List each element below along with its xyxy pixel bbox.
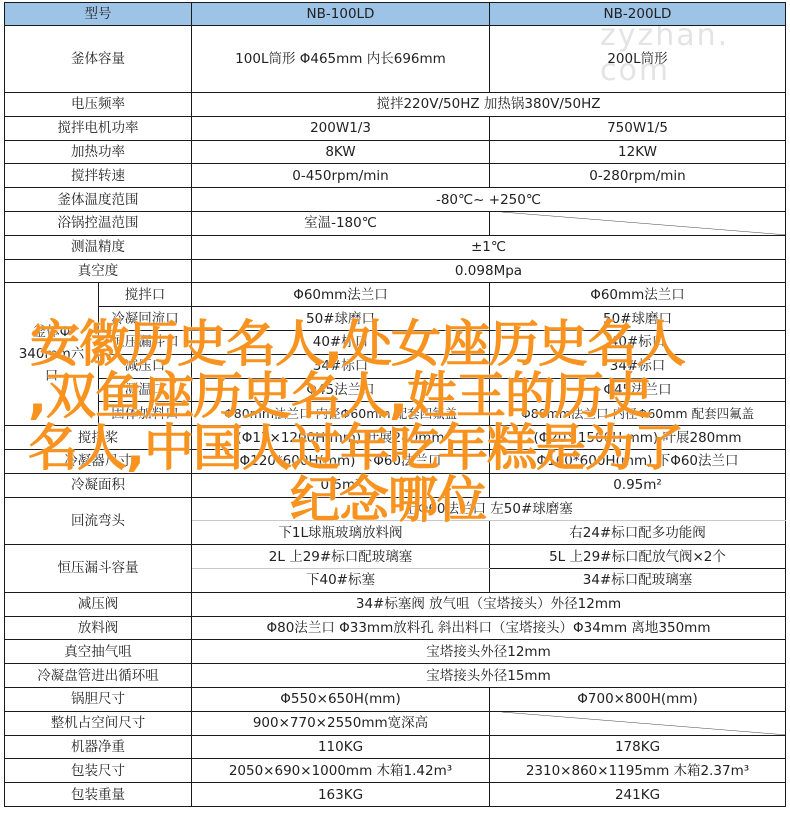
cell-a: 40#标口 [192, 330, 490, 354]
cell-both: 0.098Mpa [192, 259, 786, 283]
table-row: 整机占空间尺寸 900×770×2550mm宽深高 [5, 711, 786, 735]
diagonal-line-icon [490, 212, 785, 235]
cell-a: 900×770×2550mm宽深高 [192, 711, 490, 735]
cell-b: Φ45法兰口 [490, 378, 786, 402]
row-label: 恒压漏斗容量 [5, 545, 192, 593]
table-row: 真空抽气咀 宝塔接头外径12mm [5, 640, 786, 664]
table-row: 浴锅控温范围 室温-180℃ [5, 211, 786, 235]
table-row: 恒压漏斗容量 2L 上29#标口配玻璃塞 5L 上29#标口配放气阀×2个 [5, 545, 786, 569]
cell-a: 0-450rpm/min [192, 164, 490, 188]
port-label: 冷凝回流口 [99, 307, 192, 331]
table-row: 冷凝回流口 50#球磨口 50#球磨口 [5, 307, 786, 331]
row-label: 冷凝面积 [5, 473, 192, 497]
cell-both: 宝塔接头外径15mm [192, 664, 786, 688]
table-row: 减压阀 34#标塞阀 放气咀（宝塔接头）外径12mm [5, 592, 786, 616]
diagonal-empty-cell [490, 211, 786, 235]
cell-b: 34#标口配玻璃塞 [490, 568, 786, 592]
table-row: 加热功率 8KW 12KW [5, 140, 786, 164]
row-label: 机器净重 [5, 735, 192, 759]
cell-a: 34#标口 [192, 354, 490, 378]
diagonal-empty-cell [490, 711, 786, 735]
row-label: 浴锅控温范围 [5, 211, 192, 235]
cell-b: 12KW [490, 140, 786, 164]
table-row: 搅拌桨 (Φ17×1200H mm) 叶展240mm (Φ20×1500H mm… [5, 426, 786, 450]
cell-a: 2050×690×1000mm 木箱1.42m³ [192, 759, 490, 783]
table-row: 搅拌电机功率 200W1/3 750W1/5 [5, 116, 786, 140]
cell-a: 下1L球瓶玻璃放料阀 [192, 521, 490, 545]
port-label: 固体加料口 [99, 402, 192, 426]
table-row: 机器净重 110KG 178KG [5, 735, 786, 759]
cell-both: 搅拌220V/50HZ 加热锅380V/50HZ [192, 93, 786, 117]
table-row: 放料阀 Φ80法兰口 Φ33mm放料孔 斜出料口（宝塔接头）Φ34mm 离地35… [5, 616, 786, 640]
row-label: 搅拌转速 [5, 164, 192, 188]
row-label: 釜体容量 [5, 26, 192, 93]
cell-b: 0.95m² [490, 473, 786, 497]
cell-a: 0.5m² [192, 473, 490, 497]
cell-a: 200W1/3 [192, 116, 490, 140]
row-label: 电压频率 [5, 93, 192, 117]
cell-b: 5L 上29#标口配放气阀×2个 [490, 545, 786, 569]
row-label: 测温精度 [5, 235, 192, 259]
cell-a: Φ60mm法兰口 [192, 283, 490, 307]
group-label-line: 釜体Φ [7, 321, 96, 343]
table-row: 冷凝器尺寸 Φ120*600H(mm) 下Φ60法兰口 Φ160*600H(mm… [5, 449, 786, 473]
cell-a: 室温-180℃ [192, 211, 490, 235]
cell-b: 50#球磨口 [490, 307, 786, 331]
table-header-row: 型号 NB-100LD NB-200LD [5, 3, 786, 26]
row-label: 放料阀 [5, 616, 192, 640]
header-label: 型号 [5, 3, 192, 26]
table-row: 搅拌转速 0-450rpm/min 0-280rpm/min [5, 164, 786, 188]
row-label: 加热功率 [5, 140, 192, 164]
table-row: 冷凝面积 0.5m² 0.95m² [5, 473, 786, 497]
cell-a: Φ550×650H(mm) [192, 687, 490, 711]
port-label: 测温口 [99, 378, 192, 402]
row-label: 搅拌电机功率 [5, 116, 192, 140]
cell-both: ±1℃ [192, 235, 786, 259]
cell-b: 750W1/5 [490, 116, 786, 140]
table-row: 包装尺寸 2050×690×1000mm 木箱1.42m³ 2310×860×1… [5, 759, 786, 783]
cell-a: 110KG [192, 735, 490, 759]
cell-b: 200L筒形 [490, 26, 786, 93]
cell-a: 163KG [192, 783, 490, 807]
cell-a: Φ120*600H(mm) 下Φ60法兰口 [192, 449, 490, 473]
row-label: 回流弯头 [5, 497, 192, 545]
cell-both: -80℃~ +250℃ [192, 188, 786, 212]
diagonal-line-icon [490, 712, 785, 735]
cell-a: 100L筒形 Φ465mm 内长696mm [192, 26, 490, 93]
spec-table: 型号 NB-100LD NB-200LD 釜体容量 100L筒形 Φ465mm … [4, 2, 786, 807]
table-row: 釜体容量 100L筒形 Φ465mm 内长696mm 200L筒形 [5, 26, 786, 93]
cell-both: Φ80法兰口 Φ33mm放料孔 斜出料口（宝塔接头）Φ34mm 离地350mm [192, 616, 786, 640]
table-row: 固体加料口 Φ80mm法兰口 内径Φ60mm 配套四氟盖 Φ80mm法兰口 内径… [5, 402, 786, 426]
cell-b: 40#标口 [490, 330, 786, 354]
row-label: 釜体温度范围 [5, 188, 192, 212]
row-label: 包装尺寸 [5, 759, 192, 783]
cell-a: Φ45法兰口 [192, 378, 490, 402]
table-row: 电压频率 搅拌220V/50HZ 加热锅380V/50HZ [5, 93, 786, 117]
table-row: 回流弯头 上Φ60法兰口 左50#球磨塞 [5, 497, 786, 521]
row-label: 冷凝盘管进出循环咀 [5, 664, 192, 688]
cell-a: 8KW [192, 140, 490, 164]
row-label: 整机占空间尺寸 [5, 711, 192, 735]
table-row: 釜体温度范围 -80℃~ +250℃ [5, 188, 786, 212]
table-row: 减压口 34#标口 34#标口 [5, 354, 786, 378]
table-row: 测温口 Φ45法兰口 Φ45法兰口 [5, 378, 786, 402]
cell-b: (Φ20×1500H mm) 叶展280mm [490, 426, 786, 450]
row-label: 搅拌桨 [5, 426, 192, 450]
cell-b: 241KG [490, 783, 786, 807]
row-label: 真空抽气咀 [5, 640, 192, 664]
row-label: 真空度 [5, 259, 192, 283]
group-label-line: 340mm六 [7, 343, 96, 365]
cell-a: (Φ17×1200H mm) 叶展240mm [192, 426, 490, 450]
table-row: 釜体Φ 340mm六 口 搅拌口 Φ60mm法兰口 Φ60mm法兰口 [5, 283, 786, 307]
table-row: 测温精度 ±1℃ [5, 235, 786, 259]
header-model-a: NB-100LD [192, 3, 490, 26]
port-label: 搅拌口 [99, 283, 192, 307]
row-label: 锅胆尺寸 [5, 687, 192, 711]
row-label: 冷凝器尺寸 [5, 449, 192, 473]
cell-a: 50#球磨口 [192, 307, 490, 331]
cell-both: 34#标塞阀 放气咀（宝塔接头）外径12mm [192, 592, 786, 616]
ports-group-label: 釜体Φ 340mm六 口 [5, 283, 99, 426]
cell-both: 上Φ60法兰口 左50#球磨塞 [192, 497, 786, 521]
cell-a: 2L 上29#标口配玻璃塞 [192, 545, 490, 569]
cell-both: 宝塔接头外径12mm [192, 640, 786, 664]
table-row: 锅胆尺寸 Φ550×650H(mm) Φ700×800H(mm) [5, 687, 786, 711]
table-row: 恒压漏斗口 40#标口 40#标口 [5, 330, 786, 354]
cell-b: Φ80mm法兰口 内径Φ60mm 配套四氟盖 [490, 402, 786, 426]
cell-a: 下40#标塞 [192, 568, 490, 592]
table-row: 包装重量 163KG 241KG [5, 783, 786, 807]
cell-b: 34#标口 [490, 354, 786, 378]
table-row: 冷凝盘管进出循环咀 宝塔接头外径15mm [5, 664, 786, 688]
cell-b: Φ700×800H(mm) [490, 687, 786, 711]
cell-b: Φ60mm法兰口 [490, 283, 786, 307]
cell-b: 178KG [490, 735, 786, 759]
cell-b: 2310×860×1195mm 木箱2.37m³ [490, 759, 786, 783]
port-label: 恒压漏斗口 [99, 330, 192, 354]
cell-b: Φ160*600H(mm) 下Φ60法兰口 [490, 449, 786, 473]
row-label: 包装重量 [5, 783, 192, 807]
header-model-b: NB-200LD [490, 3, 786, 26]
cell-b: 右24#标口配多功能阀 [490, 521, 786, 545]
row-label: 减压阀 [5, 592, 192, 616]
port-label: 减压口 [99, 354, 192, 378]
group-label-line: 口 [7, 365, 96, 387]
table-row: 真空度 0.098Mpa [5, 259, 786, 283]
cell-a: Φ80mm法兰口 内径Φ60mm 配套四氟盖 [192, 402, 490, 426]
cell-b: 0-280rpm/min [490, 164, 786, 188]
